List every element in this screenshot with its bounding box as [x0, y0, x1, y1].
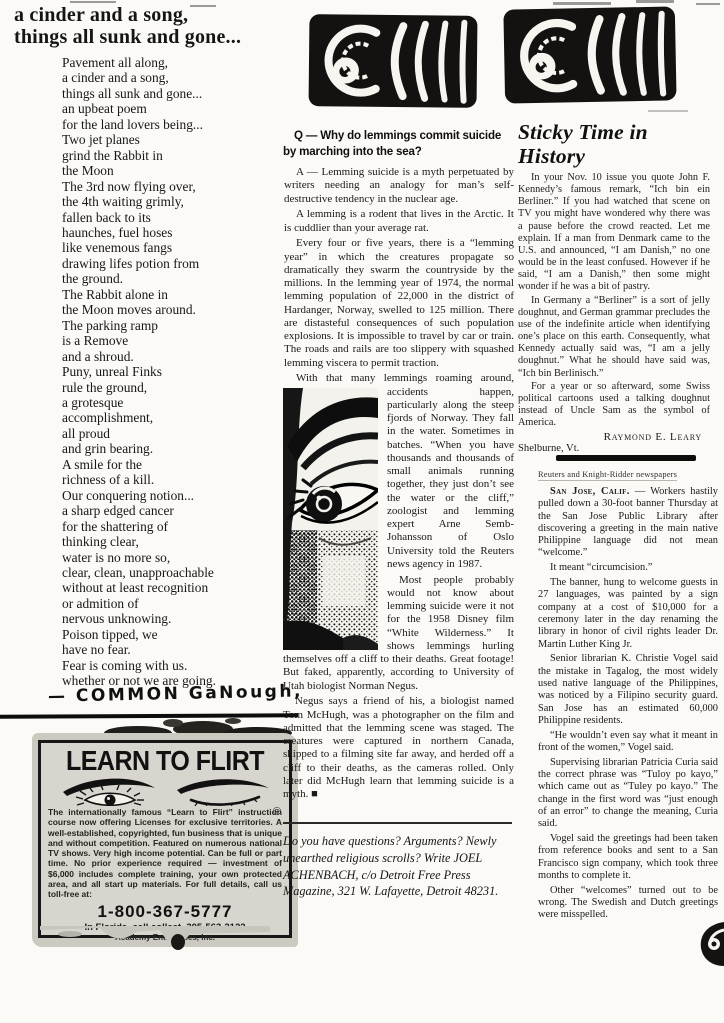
registered-trademark-icon: ®	[273, 806, 281, 818]
article-body: In your Nov. 10 issue you quote John F. …	[518, 172, 710, 429]
article-body: San Jose, Calif. — Workers hastily pulle…	[538, 486, 718, 560]
paragraph: For a year or so afterward, some Swiss p…	[518, 381, 710, 430]
partial-spiral-stamp-icon	[697, 920, 724, 972]
paragraph: Senior librarian K. Christie Vogel said …	[538, 653, 718, 727]
ad-body-text: The internationally famous “Learn to Fli…	[48, 807, 282, 900]
paragraph: In your Nov. 10 issue you quote John F. …	[518, 172, 710, 294]
paragraph: Vogel said the greetings had been taken …	[538, 833, 718, 882]
question-headline: Q — Why do lemmings commit suicide by ma…	[283, 128, 514, 159]
poem-body: Pavement all along, a cinder and a song,…	[62, 55, 292, 689]
answer-text: A — Lemming suicide is a myth perpetuate…	[283, 166, 514, 854]
paragraph: In Germany a “Berliner” is a sort of jel…	[518, 295, 710, 380]
scan-artifact-dash	[553, 2, 611, 5]
lead-paragraph: San Jose, Calif. — Workers hastily pulle…	[538, 486, 718, 560]
paragraph: The banner, hung to welcome guests in 27…	[538, 577, 718, 651]
ad-headline: LEARN TO FLIRT	[41, 745, 289, 777]
torn-paper-edge	[40, 926, 270, 960]
article-body-rest: It meant “circumcision.”The banner, hung…	[538, 562, 718, 921]
paragraph: “He wouldn’t even say what it meant in f…	[538, 730, 718, 755]
paragraph: It meant “circumcision.”	[538, 562, 718, 574]
spiral-stamp-icon	[307, 12, 480, 111]
san-jose-article: Reuters and Knight-Ridder newspapers San…	[538, 455, 718, 924]
redaction-bar	[556, 455, 696, 461]
spiral-stamp-icon	[502, 4, 680, 106]
letter-signature: Raymond E. Leary	[518, 431, 702, 443]
paragraph: A — Lemming suicide is a myth perpetuate…	[283, 166, 514, 206]
paragraph: Other “welcomes” turned out to be wrong.…	[538, 885, 718, 922]
dateline: San Jose, Calif.	[550, 486, 630, 497]
lemmings-qa-column: Q — Why do lemmings commit suicide by ma…	[283, 128, 514, 854]
eyes-and-eyebrows-icon	[57, 776, 273, 806]
article-title: Sticky Time in History	[518, 120, 710, 168]
scan-artifact-dash	[648, 110, 688, 112]
learn-to-flirt-ad: LEARN TO FLIRT ® The internationally fam	[38, 740, 292, 938]
sticky-time-article: Sticky Time in History In your Nov. 10 i…	[518, 120, 710, 454]
scan-artifact-dash	[70, 1, 116, 3]
letter-location: Shelburne, Vt.	[518, 443, 710, 454]
ad-tollfree-phone: 1-800-367-5777	[41, 902, 289, 922]
column-footer-note: Do you have questions? Arguments? Newly …	[283, 822, 512, 900]
poem-title: a cinder and a song, things all sunk and…	[14, 4, 241, 48]
paragraph: Supervising librarian Patricia Curia sai…	[538, 757, 718, 831]
scan-artifact-dash	[636, 0, 674, 3]
paragraph: Every four or five years, there is a “le…	[283, 237, 514, 370]
scanned-newspaper-collage-page: a cinder and a song, things all sunk and…	[0, 0, 724, 1023]
scan-artifact-dash	[696, 3, 720, 5]
paragraph: A lemming is a rodent that lives in the …	[283, 208, 514, 235]
wire-attribution: Reuters and Knight-Ridder newspapers	[538, 470, 677, 481]
halftone-eye-photo	[283, 388, 378, 650]
paragraph: Negus says a friend of his, a biologist …	[283, 695, 514, 801]
poem-signature: — COMMON GaNough,	[48, 681, 308, 706]
